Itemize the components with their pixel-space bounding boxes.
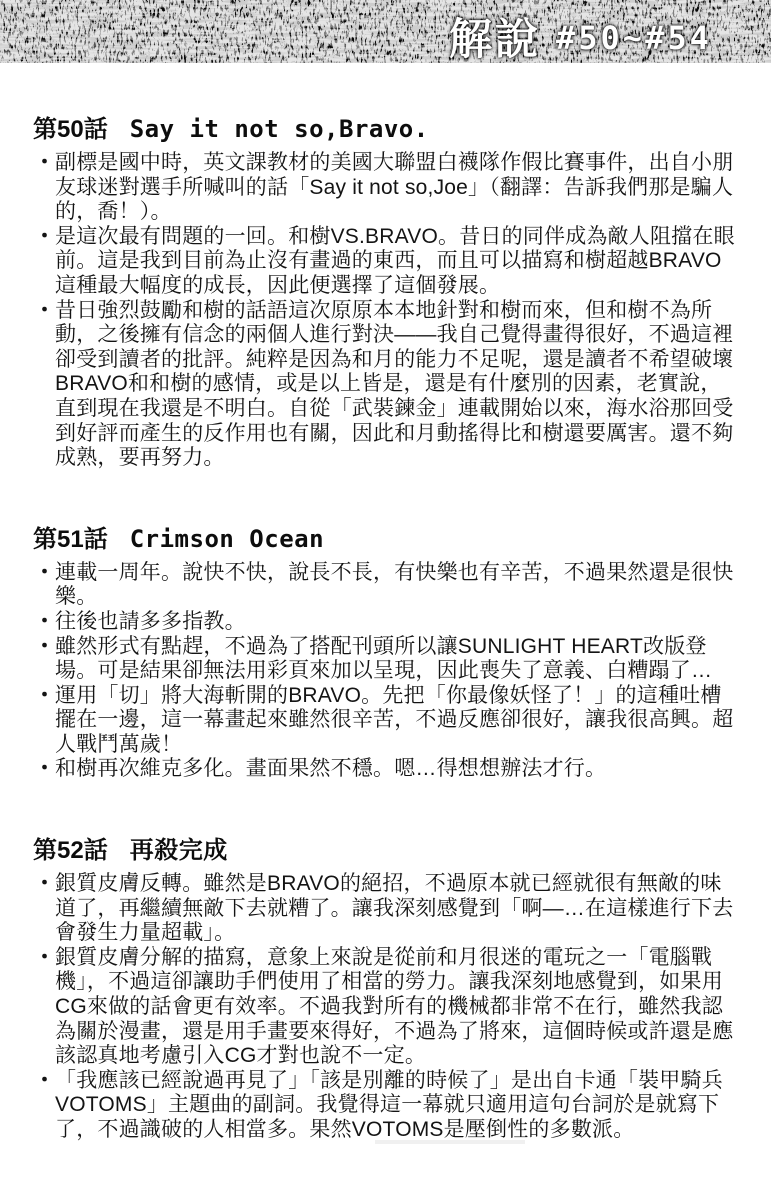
section-heading: 第51話Crimson Ocean [33,525,740,554]
bullet-item: ・雖然形式有點趕，不過為了搭配刊頭所以讓SUNLIGHT HEART改版登場。可… [33,635,740,684]
chapter-title: Crimson Ocean [130,525,324,553]
bullet-dot-icon: ・ [34,684,55,709]
section-heading: 第50話Say it not so,Bravo. [33,115,740,144]
bullet-dot-icon: ・ [34,561,55,586]
chapter-range: #50~#54 [556,19,712,57]
bullet-dot-icon: ・ [34,151,55,176]
bullet-item: ・副標是國中時，英文課教材的美國大聯盟白襪隊作假比賽事件，出自小朋友球迷對選手所… [33,151,740,225]
bullet-dot-icon: ・ [34,299,55,324]
bullet-dot-icon: ・ [34,872,55,897]
bullet-item: ・往後也請多多指教。 [33,610,740,635]
chapter-title: 再殺完成 [130,836,228,864]
bullet-text: 副標是國中時，英文課教材的美國大聯盟白襪隊作假比賽事件，出自小朋友球迷對選手所喊… [55,151,733,223]
commentary-page: 解說 #50~#54 第50話Say it not so,Bravo. ・副標是… [0,0,771,1200]
bullet-text: 是這次最有問題的一回。和樹VS.BRAVO。昔日的同伴成為敵人阻擋在眼前。這是我… [55,225,735,297]
scan-artifact [375,1140,525,1144]
chapter-section-51: 第51話Crimson Ocean ・連載一周年。說快不快，說長不長，有快樂也有… [33,525,740,782]
bullet-text: 昔日強烈鼓勵和樹的話語這次原原本本地針對和樹而來，但和樹不為所動，之後擁有信念的… [55,299,733,470]
header-band: 解說 #50~#54 [0,0,771,63]
chapter-number: 第50話 [33,116,108,143]
bullet-text: 和樹再次維克多化。畫面果然不穩。嗯…得想想辦法才行。 [55,757,606,780]
page-title: 解說 [449,6,541,63]
bullet-item: ・昔日強烈鼓勵和樹的話語這次原原本本地針對和樹而來，但和樹不為所動，之後擁有信念… [33,299,740,471]
bullet-item: ・連載一周年。說快不快，說長不長，有快樂也有辛苦，不過果然還是很快樂。 [33,561,740,610]
bullet-dot-icon: ・ [34,610,55,635]
bullet-text: 雖然形式有點趕，不過為了搭配刊頭所以讓SUNLIGHT HEART改版登場。可是… [55,635,712,683]
bullet-item: ・運用「切」將大海斬開的BRAVO。先把「你最像妖怪了！」的這種吐槽擺在一邊，這… [33,684,740,758]
bullet-text: 銀質皮膚分解的描寫，意象上來說是從前和月很迷的電玩之一「電腦戰機」，不過這卻讓助… [55,946,733,1067]
chapter-section-52: 第52話再殺完成 ・銀質皮膚反轉。雖然是BRAVO的絕招，不過原本就已經就很有無… [33,836,740,1143]
bullet-item: ・是這次最有問題的一回。和樹VS.BRAVO。昔日的同伴成為敵人阻擋在眼前。這是… [33,225,740,299]
chapter-number: 第51話 [33,526,108,553]
bullet-item: ・銀質皮膚分解的描寫，意象上來說是從前和月很迷的電玩之一「電腦戰機」，不過這卻讓… [33,946,740,1069]
bullet-text: 「我應該已經說過再見了」「該是別離的時候了」是出自卡通「裝甲騎兵VOTOMS」主… [55,1069,723,1141]
chapter-section-50: 第50話Say it not so,Bravo. ・副標是國中時，英文課教材的美… [33,115,740,471]
bullet-item: ・和樹再次維克多化。畫面果然不穩。嗯…得想想辦法才行。 [33,757,740,782]
section-heading: 第52話再殺完成 [33,836,740,865]
chapter-title: Say it not so,Bravo. [130,115,429,143]
bullet-dot-icon: ・ [34,1069,55,1094]
bullet-text: 連載一周年。說快不快，說長不長，有快樂也有辛苦，不過果然還是很快樂。 [55,561,733,609]
chapter-number: 第52話 [33,837,108,864]
bullet-item: ・銀質皮膚反轉。雖然是BRAVO的絕招，不過原本就已經就很有無敵的味道了，再繼續… [33,872,740,946]
bullet-text: 銀質皮膚反轉。雖然是BRAVO的絕招，不過原本就已經就很有無敵的味道了，再繼續無… [55,872,733,944]
bullet-list: ・副標是國中時，英文課教材的美國大聯盟白襪隊作假比賽事件，出自小朋友球迷對選手所… [33,151,740,471]
commentary-content: 第50話Say it not so,Bravo. ・副標是國中時，英文課教材的美… [33,63,740,1143]
bullet-dot-icon: ・ [34,635,55,660]
bullet-text: 往後也請多多指教。 [55,610,246,633]
bullet-dot-icon: ・ [34,757,55,782]
bullet-dot-icon: ・ [34,225,55,250]
bullet-list: ・連載一周年。說快不快，說長不長，有快樂也有辛苦，不過果然還是很快樂。 ・往後也… [33,561,740,782]
bullet-item: ・「我應該已經說過再見了」「該是別離的時候了」是出自卡通「裝甲騎兵VOTOMS」… [33,1069,740,1143]
bullet-text: 運用「切」將大海斬開的BRAVO。先把「你最像妖怪了！」的這種吐槽擺在一邊，這一… [55,684,733,756]
bullet-list: ・銀質皮膚反轉。雖然是BRAVO的絕招，不過原本就已經就很有無敵的味道了，再繼續… [33,872,740,1143]
bullet-dot-icon: ・ [34,946,55,971]
